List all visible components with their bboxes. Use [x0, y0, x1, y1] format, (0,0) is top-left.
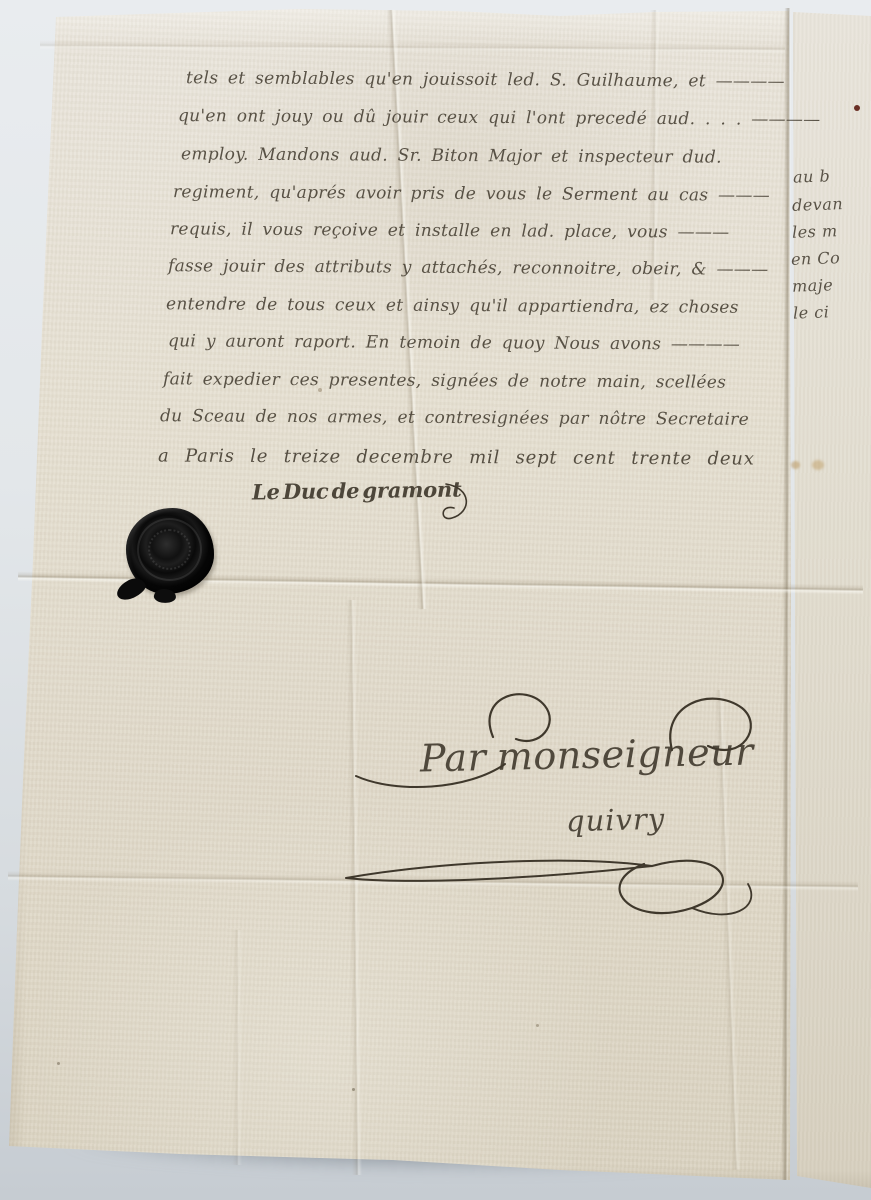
photo-of-document: tels et semblables qu'en jouissoit led. …	[0, 0, 871, 1200]
paper-speck	[57, 1062, 60, 1065]
adjacent-page-text-fragment: le ci	[793, 302, 830, 322]
adjacent-page-text-fragment: devan	[792, 194, 844, 215]
paper-speck	[352, 1088, 355, 1091]
manuscript-line: fasse jouir des attributs y attachés, re…	[168, 256, 769, 280]
manuscript-line: fait expedier ces presentes, signées de …	[163, 369, 726, 392]
seal-embossed-ring	[148, 529, 191, 570]
adjacent-page-text-fragment: en Co	[791, 248, 841, 269]
manuscript-line: requis, il vous reçoive et installe en l…	[170, 219, 730, 242]
countersignature-flourish	[300, 680, 820, 940]
adjacent-page-text-fragment: au b	[793, 166, 831, 186]
manuscript-line: entendre de tous ceux et ainsy qu'il app…	[166, 294, 739, 317]
date-line: a Paris le treize decembre mil sept cent…	[158, 445, 755, 469]
manuscript-line: qu'en ont jouy ou dû jouir ceux qui l'on…	[178, 106, 821, 130]
manuscript-line: qui y auront raport. En temoin de quoy N…	[168, 331, 740, 354]
manuscript-line: du Sceau de nos armes, et contresignées …	[160, 406, 749, 430]
manuscript-line: regiment, qu'aprés avoir pris de vous le…	[173, 182, 770, 206]
ducal-signature: Le Duc de gramont	[252, 477, 462, 505]
adjacent-page-text-fragment: les m	[792, 221, 838, 242]
ink-spot	[854, 105, 860, 111]
manuscript-line: tels et semblables qu'en jouissoit led. …	[186, 68, 785, 92]
countersignature-quivry: quivry	[566, 802, 666, 839]
fox-spot	[812, 460, 824, 470]
manuscript-line: employ. Mandons aud. Sr. Biton Major et …	[181, 144, 722, 167]
fox-spot	[791, 461, 800, 469]
black-wax-seal-icon	[126, 508, 214, 594]
countersignature-par-monseigneur: Par monseigneur	[420, 730, 755, 781]
fold-crease-vertical	[232, 930, 242, 1165]
paper-speck	[536, 1024, 539, 1027]
adjacent-page-text-fragment: maje	[792, 275, 834, 295]
